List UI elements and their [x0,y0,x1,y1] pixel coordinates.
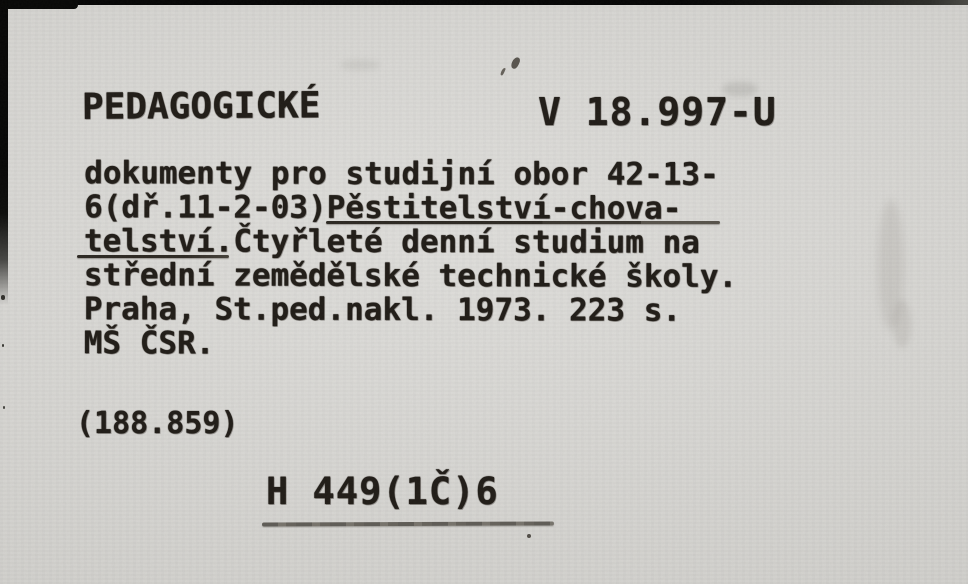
body-line-6: MŠ ČSR. [84,326,737,362]
body-line-3-rest: Čtyřleté denní studium na [233,224,700,261]
shelf-mark-rule [262,521,554,526]
paper-smudge [878,200,904,330]
body-line-4: střední zemědělské technické školy. [84,258,737,294]
body-line-2-prefix: 6(dř.11-2-03) [84,189,327,226]
title-underline-stroke-2 [77,255,229,258]
scan-specks-left [1,295,5,300]
body-line-1: dokumenty pro studijní obor 42-13- [84,156,737,192]
card-heading: PEDAGOGICKÉ [82,85,321,128]
ink-dot [527,534,531,538]
shelf-mark: H 449(1Č)6 [266,470,499,513]
inventory-number: (188.859) [76,406,239,441]
title-underline-stroke-1 [326,221,720,224]
scan-edge-left [0,0,8,305]
scan-edge-top [0,0,968,5]
paper-smudge [340,60,380,70]
scan-edge-top-left-blob [0,0,78,9]
ink-speck [510,56,521,70]
signature-number: V 18.997-U [538,90,777,134]
paper-smudge [893,300,911,348]
catalog-card-scan: PEDAGOGICKÉ V 18.997-U dokumenty pro stu… [0,0,968,584]
body-line-5: Praha, St.ped.nakl. 1973. 223 s. [84,292,737,328]
card-body: dokumenty pro studijní obor 42-13- 6(dř.… [84,156,738,362]
